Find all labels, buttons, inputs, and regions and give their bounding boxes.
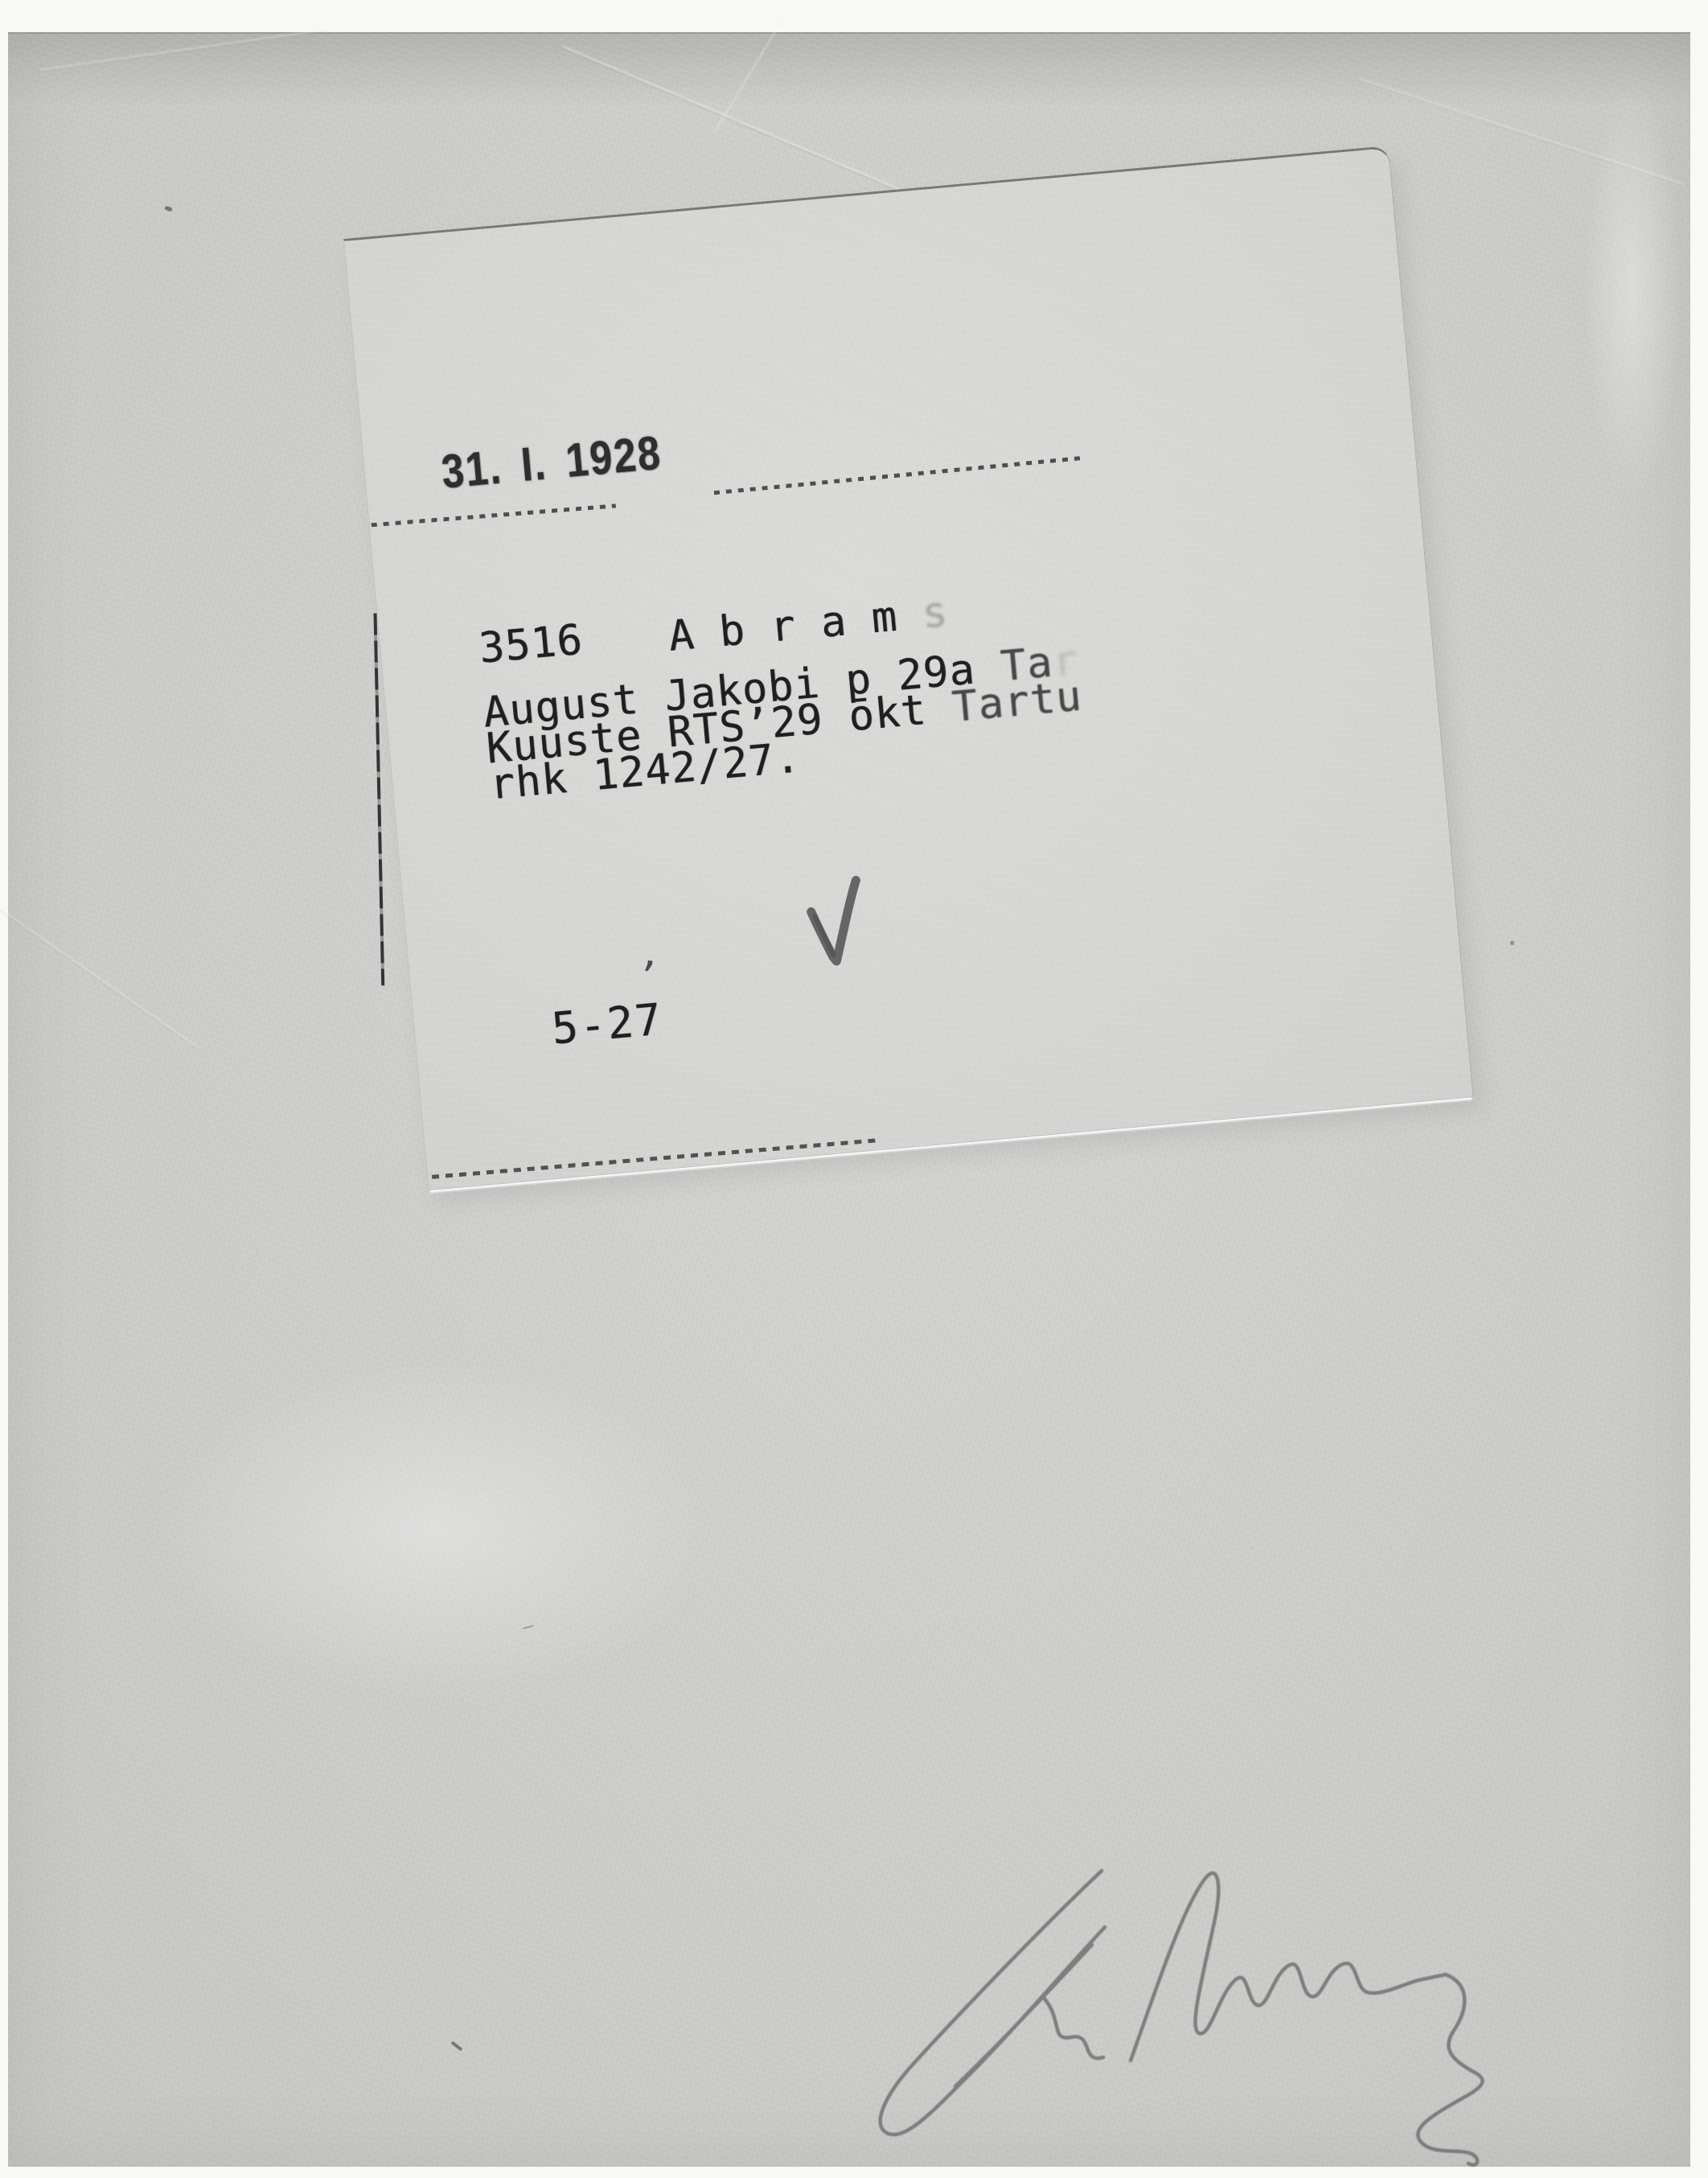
- paper-speck: [1510, 941, 1514, 945]
- crease-line: [714, 11, 788, 133]
- date-stamp: 31. I. 1928: [440, 429, 663, 495]
- scanned-document: 31. I. 1928 3516 Abrams August Jakobi p …: [0, 0, 1708, 2178]
- pencil-checkmark-icon: [799, 872, 872, 972]
- crease-line: [0, 902, 196, 1046]
- pasted-slip: 31. I. 1928 3516 Abrams August Jakobi p …: [343, 146, 1473, 1190]
- surname-faded: s: [920, 586, 975, 638]
- paper-sheen: [153, 1361, 716, 1699]
- surname: Abrams: [667, 589, 975, 658]
- surname-spaced: Abram: [667, 590, 925, 661]
- record-number: 3516: [478, 619, 585, 670]
- pencil-tick: ’: [634, 953, 661, 999]
- reference-code: 5-27: [550, 998, 664, 1051]
- paper-speck: [450, 2040, 462, 2051]
- paper-sheen: [1584, 82, 1681, 500]
- address-block: August Jakobi p 29a TarKuuste RTS’29 ōkt…: [482, 643, 1086, 804]
- paper-speck: [164, 206, 172, 212]
- date-underline: [372, 503, 616, 527]
- pencil-signature: [843, 1843, 1486, 2173]
- crease-line: [562, 46, 937, 206]
- crease-line: [40, 29, 327, 71]
- date-underline: [714, 456, 1084, 495]
